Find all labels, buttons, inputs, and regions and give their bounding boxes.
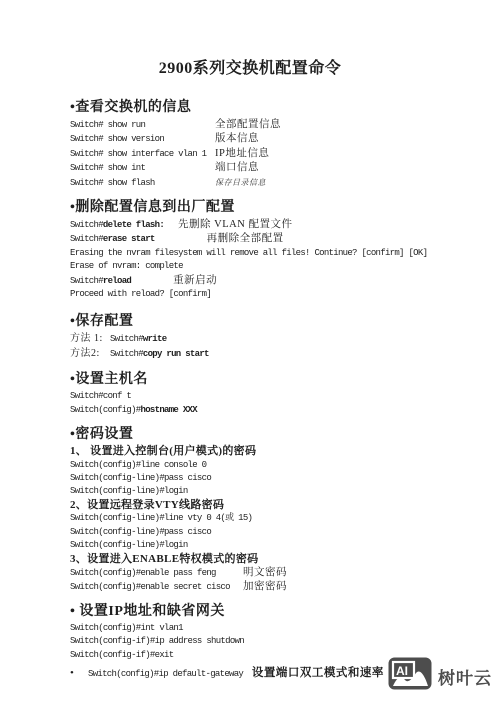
section-hostname: •设置主机名 Switch#conf t Switch(config)#host… <box>70 372 482 417</box>
command-text: Switch(config)#ip default-gateway <box>88 668 248 681</box>
command-bold: erase start <box>103 233 155 246</box>
command-text: Switch# show int <box>70 162 215 175</box>
command-row: Switch(config-line)#pass cisco <box>70 472 482 485</box>
command-text: Switch(config-line)#login <box>70 485 188 498</box>
brand-name: 树叶云 <box>438 664 492 689</box>
command-bold: hostname XXX <box>141 404 197 417</box>
section-heading: •保存配置 <box>70 314 482 330</box>
command-row: Switch(config)#enable secret cisco 加密密码 <box>70 580 482 594</box>
command-row: Switch(config)#int vlan1 <box>70 622 482 635</box>
command-text: Switch# show version <box>70 133 215 146</box>
ai-label: AI <box>396 664 408 678</box>
command-text: Switch# show flash <box>70 177 215 190</box>
command-row: Switch# show int 端口信息 <box>70 161 482 175</box>
watermark-logo: AI 树叶云 <box>388 657 492 695</box>
section-save-config: •保存配置 方法 1: Switch#write 方法2: Switch#cop… <box>70 314 482 361</box>
command-text: Switch(config)#int vlan1 <box>70 622 183 635</box>
console-output: Erasing the nvram filesystem will remove… <box>70 247 427 260</box>
command-row: Switch# show flash 保存目录信息 <box>70 176 482 190</box>
command-note: 加密密码 <box>243 580 287 593</box>
command-text: Switch#conf t <box>70 390 131 403</box>
section-heading: •设置主机名 <box>70 372 482 388</box>
command-prefix: Switch# <box>110 333 143 346</box>
command-prefix: Switch# <box>70 275 103 288</box>
command-prefix: Switch(config)# <box>70 404 141 417</box>
command-note: 端口信息 <box>215 161 259 174</box>
command-text: Switch(config-line)#pass cisco <box>70 472 211 485</box>
method-label: 方法 1: <box>70 332 110 345</box>
command-row: Switch# show run 全部配置信息 <box>70 118 482 132</box>
section-password: •密码设置 1、 设置进入控制台(用户模式)的密码 Switch(config)… <box>70 427 482 595</box>
subsection-heading: 3、设置进入ENABLE特权模式的密码 <box>70 553 482 567</box>
command-bold: delete flash: <box>103 219 164 232</box>
section-view-info: •查看交换机的信息 Switch# show run 全部配置信息 Switch… <box>70 100 482 190</box>
command-note: 重新启动 <box>173 274 217 287</box>
command-row: Switch#delete flash: 先删除 VLAN 配置文件 <box>70 218 482 232</box>
command-note: 版本信息 <box>215 132 259 145</box>
command-row: Switch(config-line)#pass cisco <box>70 526 482 539</box>
console-output-row: Erase of nvram: complete <box>70 260 482 273</box>
command-bold: copy run start <box>143 348 209 361</box>
command-row: Switch(config-line)#login <box>70 539 482 552</box>
command-text: Switch(config-if)#ip address shutdown <box>70 635 244 648</box>
command-note: 保存目录信息 <box>215 176 266 189</box>
console-output-row: Erasing the nvram filesystem will remove… <box>70 247 482 260</box>
command-row: Switch(config-if)#ip address shutdown <box>70 635 482 648</box>
bullet-marker: • <box>70 667 88 680</box>
command-row: Switch(config)#enable pass feng 明文密码 <box>70 566 482 580</box>
command-text: Switch(config)#enable secret cisco <box>70 581 243 594</box>
command-row: Switch# show interface vlan 1 IP地址信息 <box>70 147 482 161</box>
ai-image-icon: AI <box>388 657 432 695</box>
command-prefix: Switch# <box>70 219 103 232</box>
command-row: Switch#reload 重新启动 <box>70 274 482 288</box>
section-erase-config: •删除配置信息到出厂配置 Switch#delete flash: 先删除 VL… <box>70 200 482 301</box>
command-note: 明文密码 <box>243 566 287 579</box>
command-row: Switch#conf t <box>70 390 482 403</box>
page-title: 2900系列交换机配置命令 <box>0 0 500 78</box>
command-note: IP地址信息 <box>215 147 269 160</box>
command-row: 方法2: Switch#copy run start <box>70 347 482 361</box>
document-page: 2900系列交换机配置命令 •查看交换机的信息 Switch# show run… <box>0 0 500 707</box>
command-bold: write <box>143 333 167 346</box>
command-text: Switch(config-line)#login <box>70 539 188 552</box>
command-row: Switch(config)#line console 0 <box>70 459 482 472</box>
section-heading: •查看交换机的信息 <box>70 100 482 116</box>
command-row: Switch# show version 版本信息 <box>70 132 482 146</box>
command-text: Switch(config-line)#line vty 0 4(或 15) <box>70 512 252 525</box>
subsection-heading: 2、设置远程登录VTY线路密码 <box>70 499 482 513</box>
command-text: Switch# show interface vlan 1 <box>70 148 215 161</box>
method-label: 方法2: <box>70 347 110 360</box>
command-prefix: Switch# <box>110 348 143 361</box>
command-text: Switch(config-if)#exit <box>70 649 173 662</box>
section-heading: •密码设置 <box>70 427 482 443</box>
section-heading: •删除配置信息到出厂配置 <box>70 200 482 216</box>
command-prefix: Switch# <box>70 233 103 246</box>
console-output-row: Proceed with reload? [confirm] <box>70 288 482 301</box>
command-note: 全部配置信息 <box>215 118 281 131</box>
command-row: Switch#erase start 再删除全部配置 <box>70 232 482 246</box>
command-row: 方法 1: Switch#write <box>70 332 482 346</box>
command-row: Switch(config-line)#login <box>70 485 482 498</box>
command-note: 设置端口双工模式和速率 <box>252 667 384 680</box>
console-output: Proceed with reload? [confirm] <box>70 288 211 301</box>
command-row: Switch(config)#hostname XXX <box>70 404 482 417</box>
command-bold: reload <box>103 275 131 288</box>
command-row: Switch(config-line)#line vty 0 4(或 15) <box>70 512 482 525</box>
command-text: Switch(config)#line console 0 <box>70 459 206 472</box>
command-text: Switch(config-line)#pass cisco <box>70 526 211 539</box>
document-body: •查看交换机的信息 Switch# show run 全部配置信息 Switch… <box>0 100 500 681</box>
command-text: Switch(config)#enable pass feng <box>70 567 243 580</box>
section-heading: • 设置IP地址和缺省网关 <box>70 604 482 620</box>
command-note: 先删除 VLAN 配置文件 <box>178 218 292 231</box>
subsection-heading: 1、 设置进入控制台(用户模式)的密码 <box>70 445 482 459</box>
command-note: 再删除全部配置 <box>207 232 284 245</box>
command-text: Switch# show run <box>70 119 215 132</box>
console-output: Erase of nvram: complete <box>70 260 183 273</box>
